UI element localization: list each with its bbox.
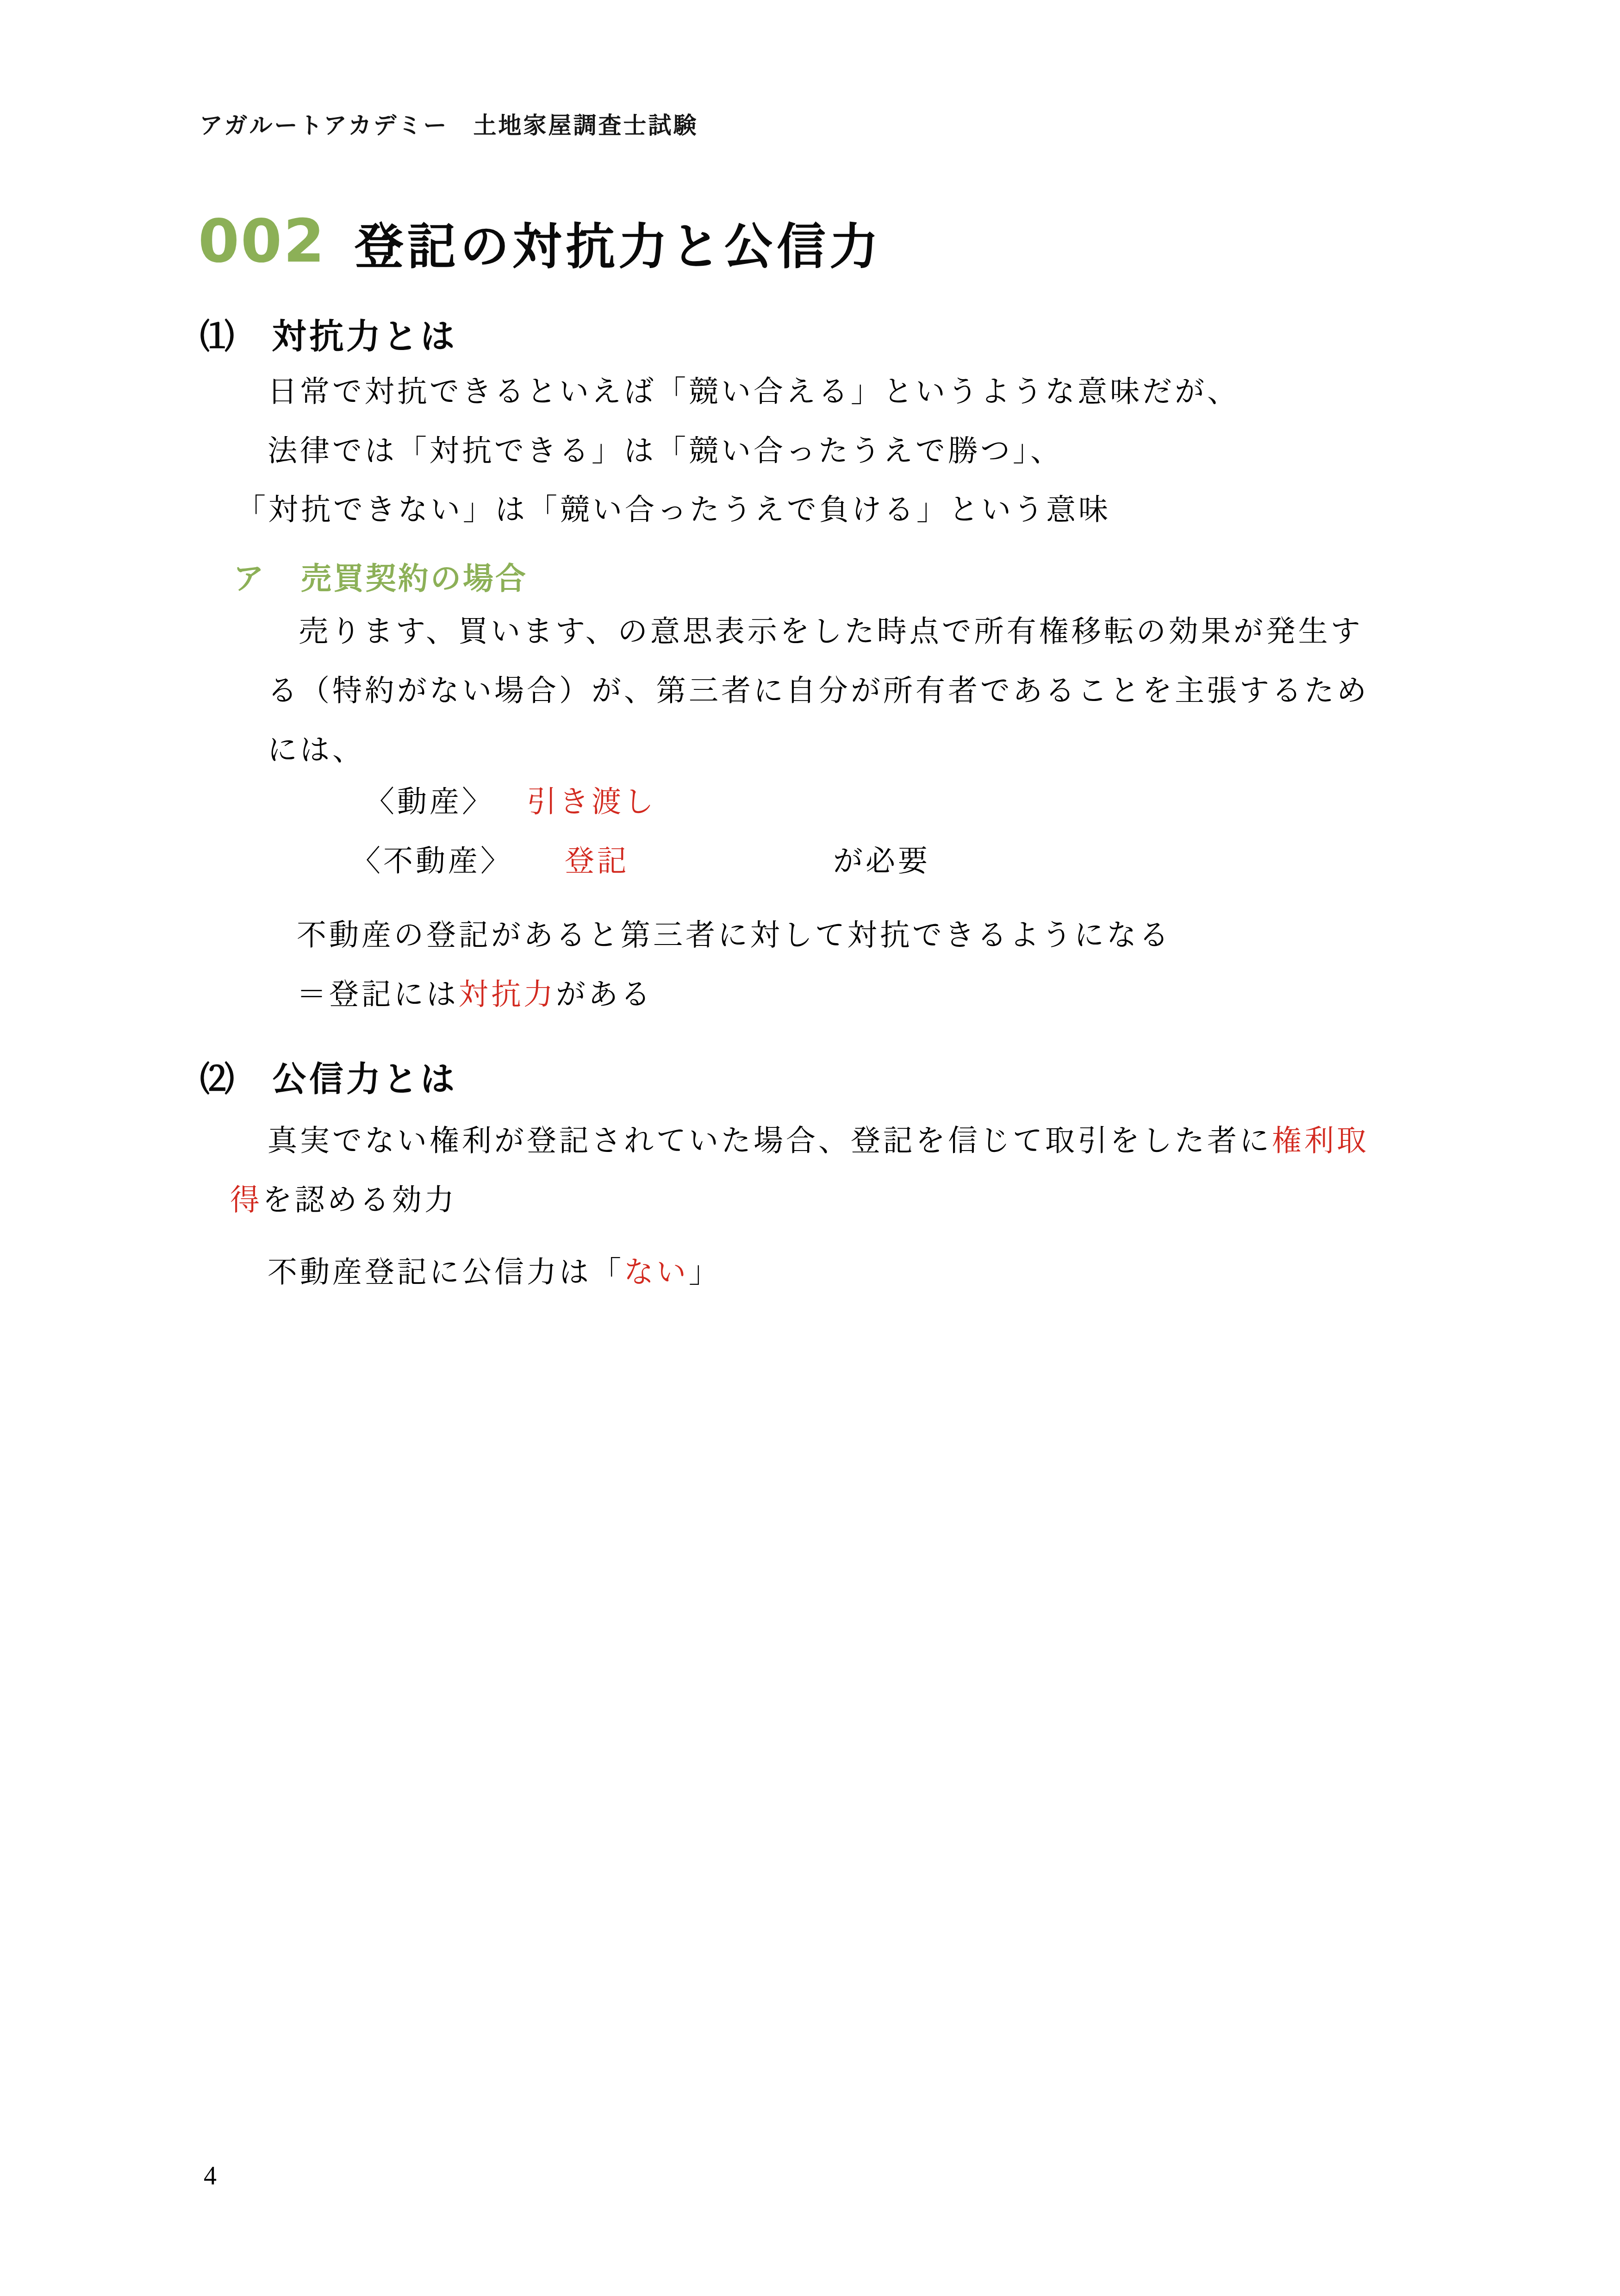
immovable-property-method-highlight: 登記 [565,846,629,876]
section2-conclusion-line: 不動産登記に公信力は「ない」 [268,1257,721,1287]
equation-suffix: がある [556,978,653,1011]
header-course-title: アガルートアカデミー 土地家屋調査士試験 [199,114,698,137]
section1-heading: 対抗力とは [272,319,457,354]
conclusion-suffix: 」 [689,1256,721,1289]
section2-body-line1: 真実でない権利が登記されていた場合、登記を信じて取引をした者に権利取 [268,1126,1369,1156]
section1-intro-line2: 法律では「対抗できる」は「競い合ったうえで勝つ」、 [268,436,1063,466]
subsection-body-line3: には、 [268,735,365,765]
equation-highlight: 対抗力 [459,978,556,1011]
section1-marker: ⑴ [200,319,234,354]
subsection-marker: ア [233,563,264,594]
page-number: 4 [204,2163,217,2189]
conclusion-highlight: ない [624,1256,689,1289]
section2-line2-highlight: 得 [230,1183,262,1216]
subsection-heading: 売買契約の場合 [301,563,528,594]
section2-line2-text: を認める効力 [262,1183,457,1216]
section1-intro-line1: 日常で対抗できるといえば「競い合える」というような意味だが、 [268,377,1240,407]
immovable-property-suffix: が必要 [833,846,930,876]
conclusion-prefix: 不動産登記に公信力は「 [268,1256,624,1289]
section2-line1-highlight: 権利取 [1272,1124,1369,1157]
section2-heading: 公信力とは [272,1062,457,1096]
lesson-title: 登記の対抗力と公信力 [355,222,882,271]
immovable-property-label: 〈不動産〉 [351,846,513,876]
document-page: アガルートアカデミー 土地家屋調査士試験 002 登記の対抗力と公信力 ⑴ 対抗… [0,0,1620,2296]
section2-line1-text: 真実でない権利が登記されていた場合、登記を信じて取引をした者に [268,1124,1272,1157]
section1-intro-line3: 「対抗できない」は「競い合ったうえで負ける」という意味 [236,495,1111,525]
subsection-body-line1: 売ります、買います、の意思表示をした時点で所有権移転の効果が発生す [299,617,1363,646]
movable-property-method-highlight: 引き渡し [527,787,656,817]
movable-property-label: 〈動産〉 [365,787,494,817]
lesson-number: 002 [198,212,326,271]
section2-body-line2: 得を認める効力 [230,1185,457,1215]
subsection-equation-line: ＝登記には対抗力がある [297,980,653,1009]
section2-marker: ⑵ [200,1062,234,1096]
equation-prefix: ＝登記には [297,978,459,1011]
subsection-result-line: 不動産の登記があると第三者に対して対抗できるようになる [297,920,1171,950]
subsection-body-line2: る（特約がない場合）が、第三者に自分が所有者であることを主張するため [268,676,1369,706]
